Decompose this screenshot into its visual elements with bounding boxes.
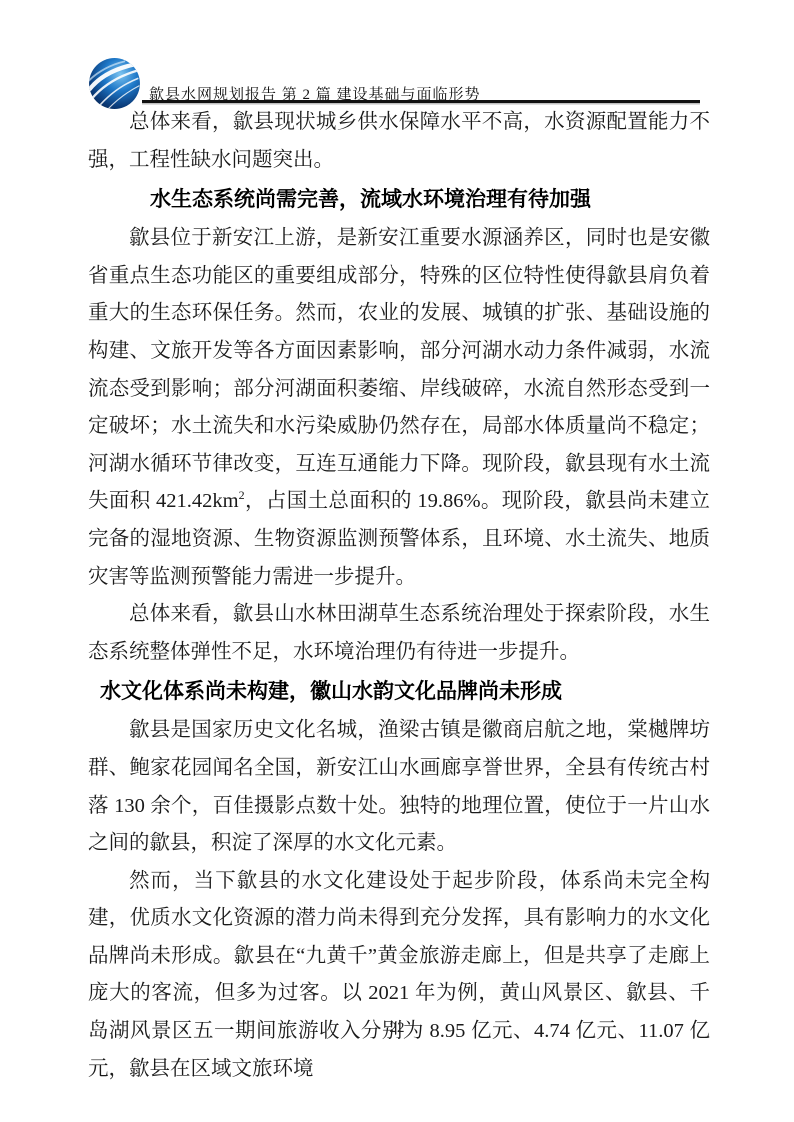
paragraph-ecosystem-summary: 总体来看，歙县山水林田湖草生态系统治理处于探索阶段，水生态系统整体弹性不足，水环…: [88, 596, 710, 671]
heading-water-culture: 水文化体系尚未构建，徽山水韵文化品牌尚未形成: [88, 672, 710, 711]
paragraph-water-supply-summary: 总体来看，歙县现状城乡供水保障水平不高，水资源配置能力不强，工程性缺水问题突出。: [88, 104, 710, 179]
page-header: 歙县水网规划报告 第 2 篇 建设基础与面临形势: [0, 0, 794, 112]
page-footer: 22: [0, 1020, 794, 1037]
water-network-logo-icon: [88, 57, 141, 110]
paragraph-ecosystem-issues: 歙县位于新安江上游，是新安江重要水源涵养区，同时也是安徽省重点生态功能区的重要组…: [88, 220, 710, 596]
ecosystem-text-part1: 歙县位于新安江上游，是新安江重要水源涵养区，同时也是安徽省重点生态功能区的重要组…: [88, 227, 710, 512]
paragraph-culture-development: 然而，当下歙县的水文化建设处于起步阶段，体系尚未完全构建，优质水文化资源的潜力尚…: [88, 863, 710, 1089]
document-body: 总体来看，歙县现状城乡供水保障水平不高，水资源配置能力不强，工程性缺水问题突出。…: [88, 104, 710, 1088]
page-number: 22: [390, 1020, 405, 1036]
header-rule: [142, 100, 700, 103]
paragraph-culture-heritage: 歙县是国家历史文化名城，渔梁古镇是徽商启航之地，棠樾牌坊群、鲍家花园闻名全国，新…: [88, 712, 710, 862]
document-page: 歙县水网规划报告 第 2 篇 建设基础与面临形势 总体来看，歙县现状城乡供水保障…: [0, 0, 794, 1122]
heading-water-ecosystem: 水生态系统尚需完善，流域水环境治理有待加强: [88, 180, 710, 219]
